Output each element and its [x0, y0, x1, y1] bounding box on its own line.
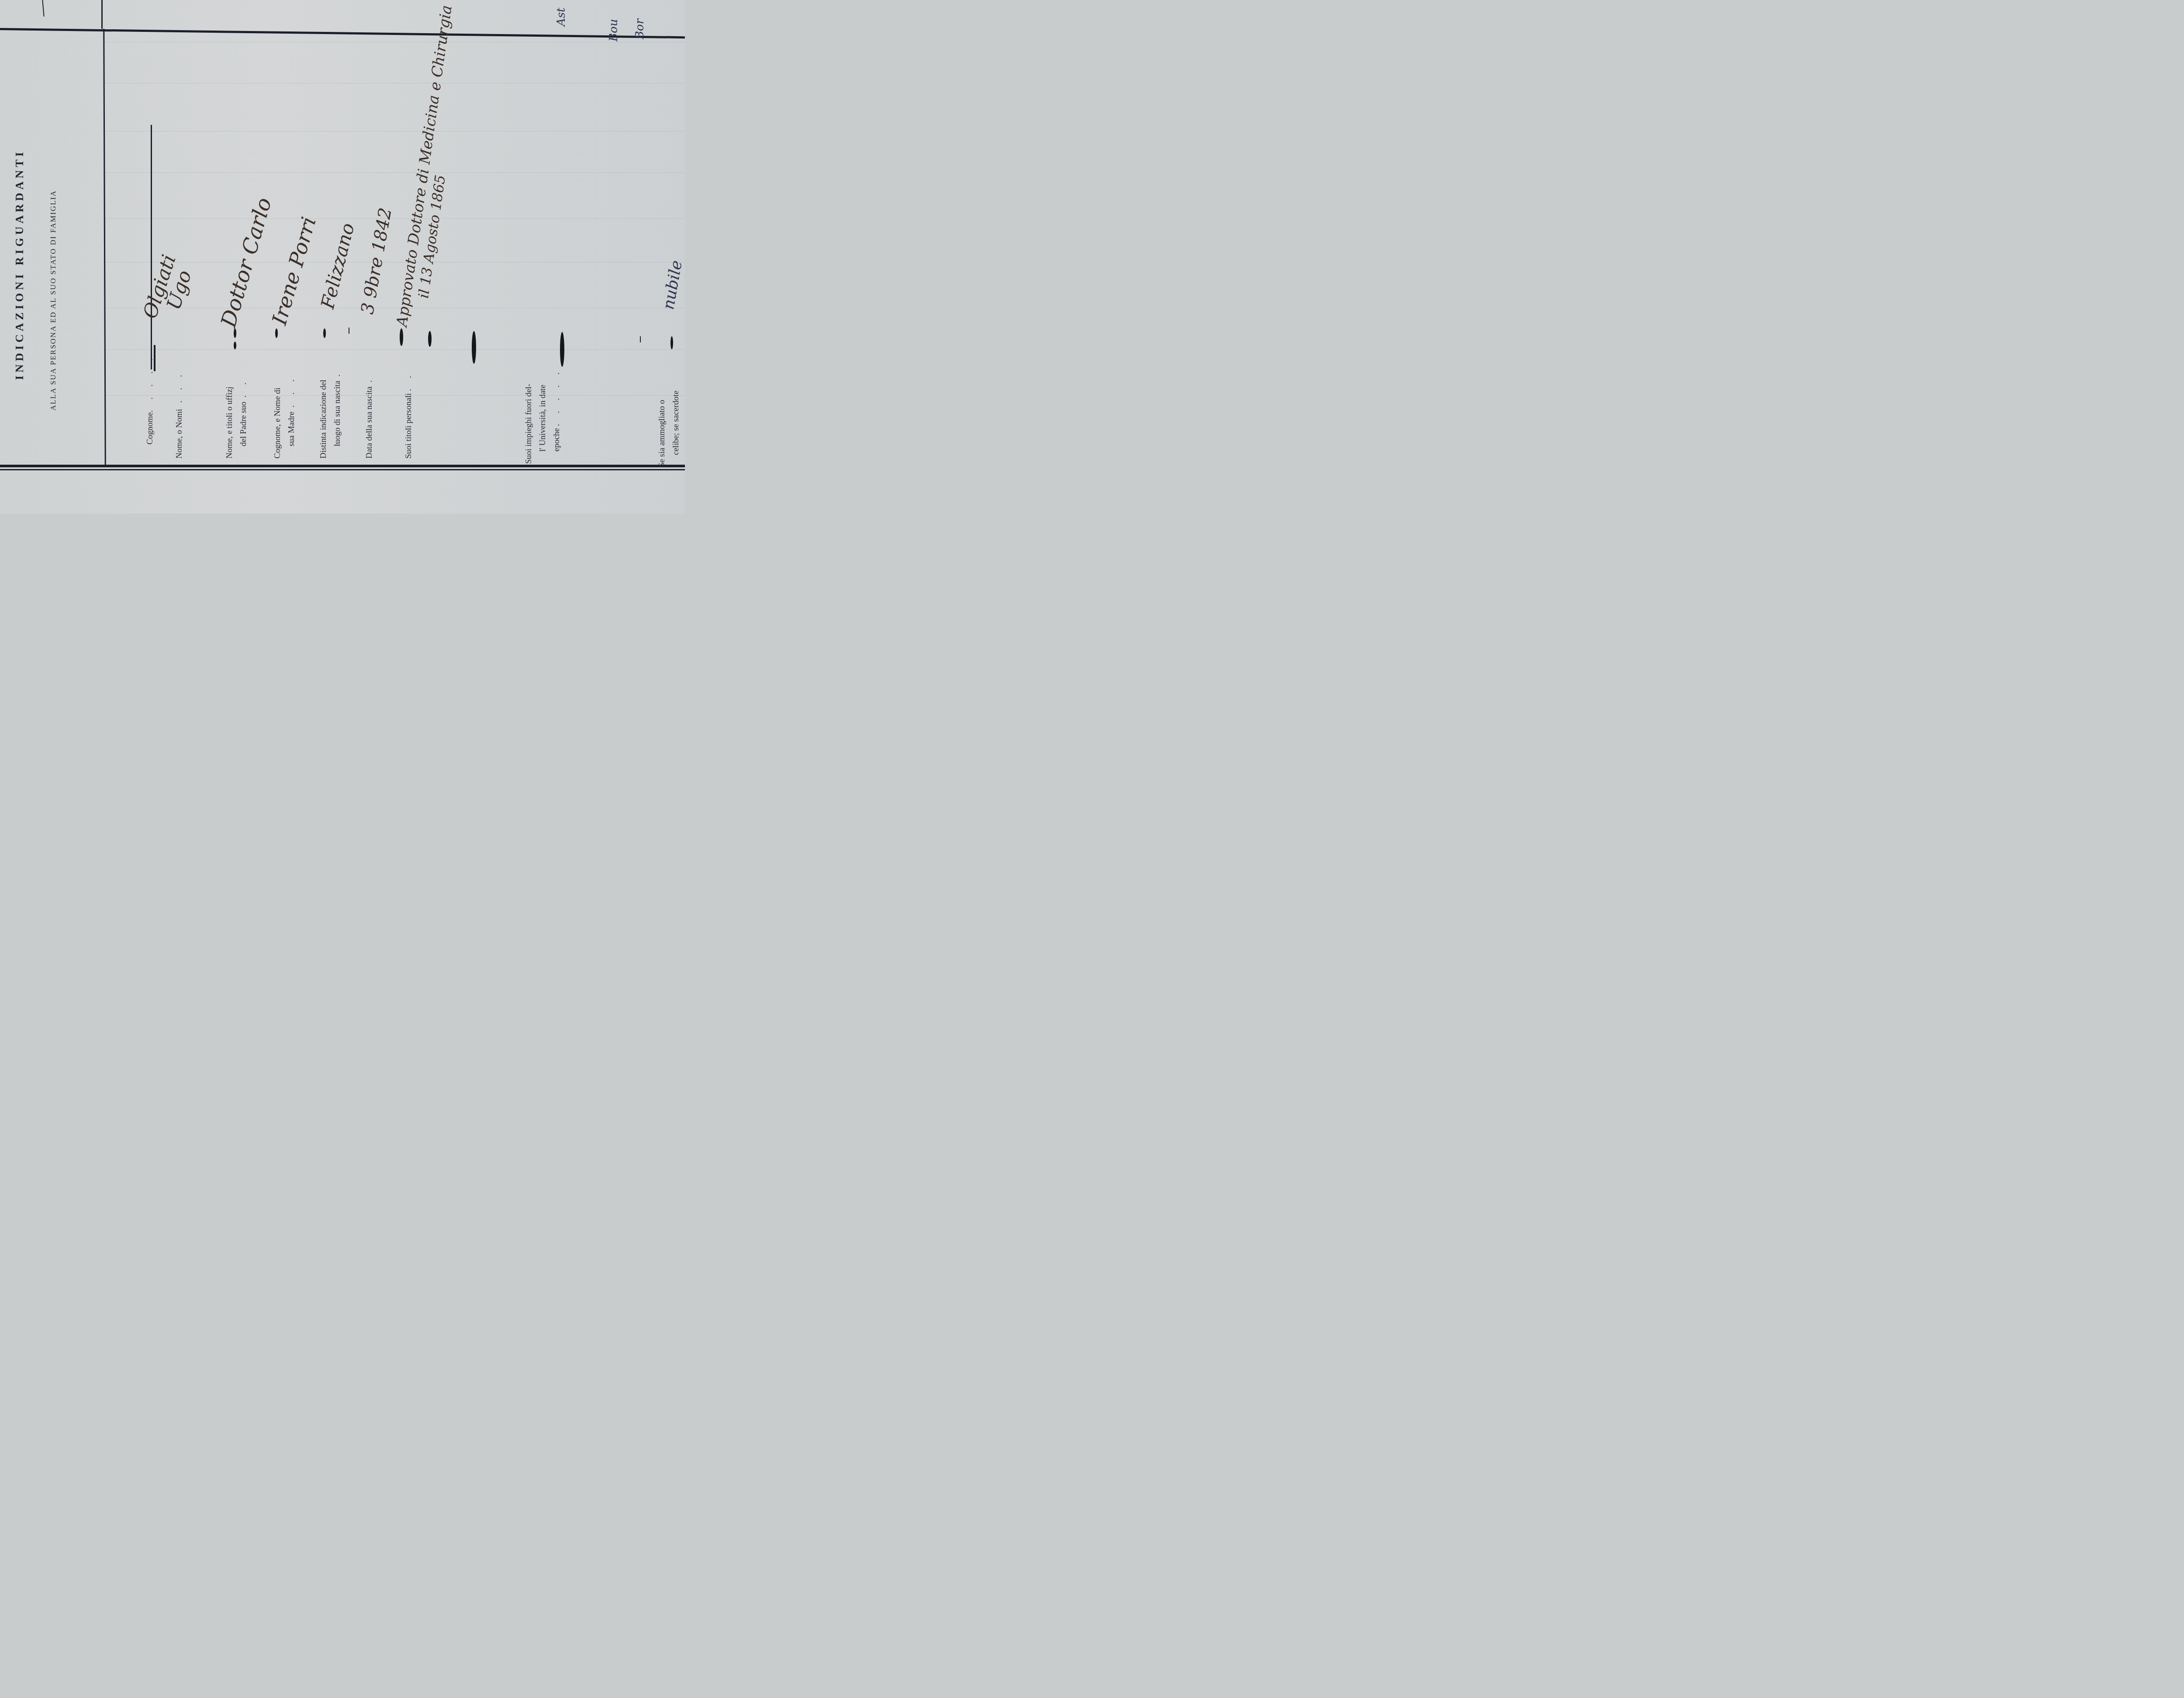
form-title: INDICAZIONI RIGUARDANTI	[13, 149, 26, 380]
brace-mark	[234, 342, 236, 349]
brace-mark	[428, 331, 432, 347]
field-separator	[155, 345, 156, 350]
field-label-impieghi: Suoi impieghi fuori del- l' Università, …	[522, 368, 564, 464]
tick-mark	[349, 328, 349, 334]
column-divider-rule	[101, 0, 103, 29]
brace-mark	[323, 328, 326, 338]
ruling-line	[105, 83, 685, 83]
field-label-stato-civile: Se sia ammogliato o celibe; se sacerdote	[655, 390, 683, 467]
brace-mark	[560, 332, 564, 367]
ruling-line	[105, 218, 685, 219]
field-label-luogo-nascita: Distinta indicazione del luogo di sua na…	[317, 370, 345, 459]
field-label-madre: Cognome, e Nome di sua Madre . . .	[271, 375, 299, 459]
form-subtitle: ALLA SUA PERSONA ED AL SUO STATO DI FAMI…	[49, 190, 58, 411]
value-stato-civile: nubile	[660, 259, 685, 311]
brace-mark	[275, 328, 278, 338]
field-label-data-nascita: Data della sua nascita .	[363, 376, 377, 459]
header-divider-rule	[103, 29, 106, 466]
value-luogo-nascita: Felizzano	[317, 221, 359, 311]
field-label-padre: Nome, e titoli o uffizj del Padre suo . …	[223, 378, 251, 459]
top-border-rule	[0, 28, 685, 38]
partial-fragment: Bor	[633, 19, 646, 39]
bottom-border-rule	[0, 465, 685, 467]
form-page: INDICAZIONI RIGUARDANTI ALLA SUA PERSONA…	[0, 0, 685, 514]
ruling-line	[105, 395, 685, 396]
value-madre: Irene Porri	[267, 214, 321, 328]
bottom-border-rule-inner	[0, 469, 685, 470]
separator-line	[151, 125, 152, 369]
partial-fragment: Ast	[555, 7, 568, 26]
field-label-nome: Nome, o Nomi . . .	[173, 371, 187, 459]
ruling-line	[105, 349, 685, 350]
brace-mark	[234, 328, 236, 338]
partial-fragment: Bou	[607, 19, 620, 41]
ruling-line	[105, 308, 685, 308]
field-label-titoli: Suoi titoli personali . .	[402, 372, 416, 459]
brace-mark	[400, 328, 403, 346]
brace-mark	[670, 336, 673, 349]
ruling-line	[105, 262, 685, 262]
ruling-line	[105, 131, 685, 131]
ruling-line	[105, 173, 685, 173]
column-divider-rule	[42, 0, 44, 17]
ruling-line	[105, 42, 685, 42]
brace-mark	[472, 331, 476, 364]
tick-mark	[640, 336, 641, 342]
value-data-nascita: 3 9bre 1842	[357, 206, 396, 316]
